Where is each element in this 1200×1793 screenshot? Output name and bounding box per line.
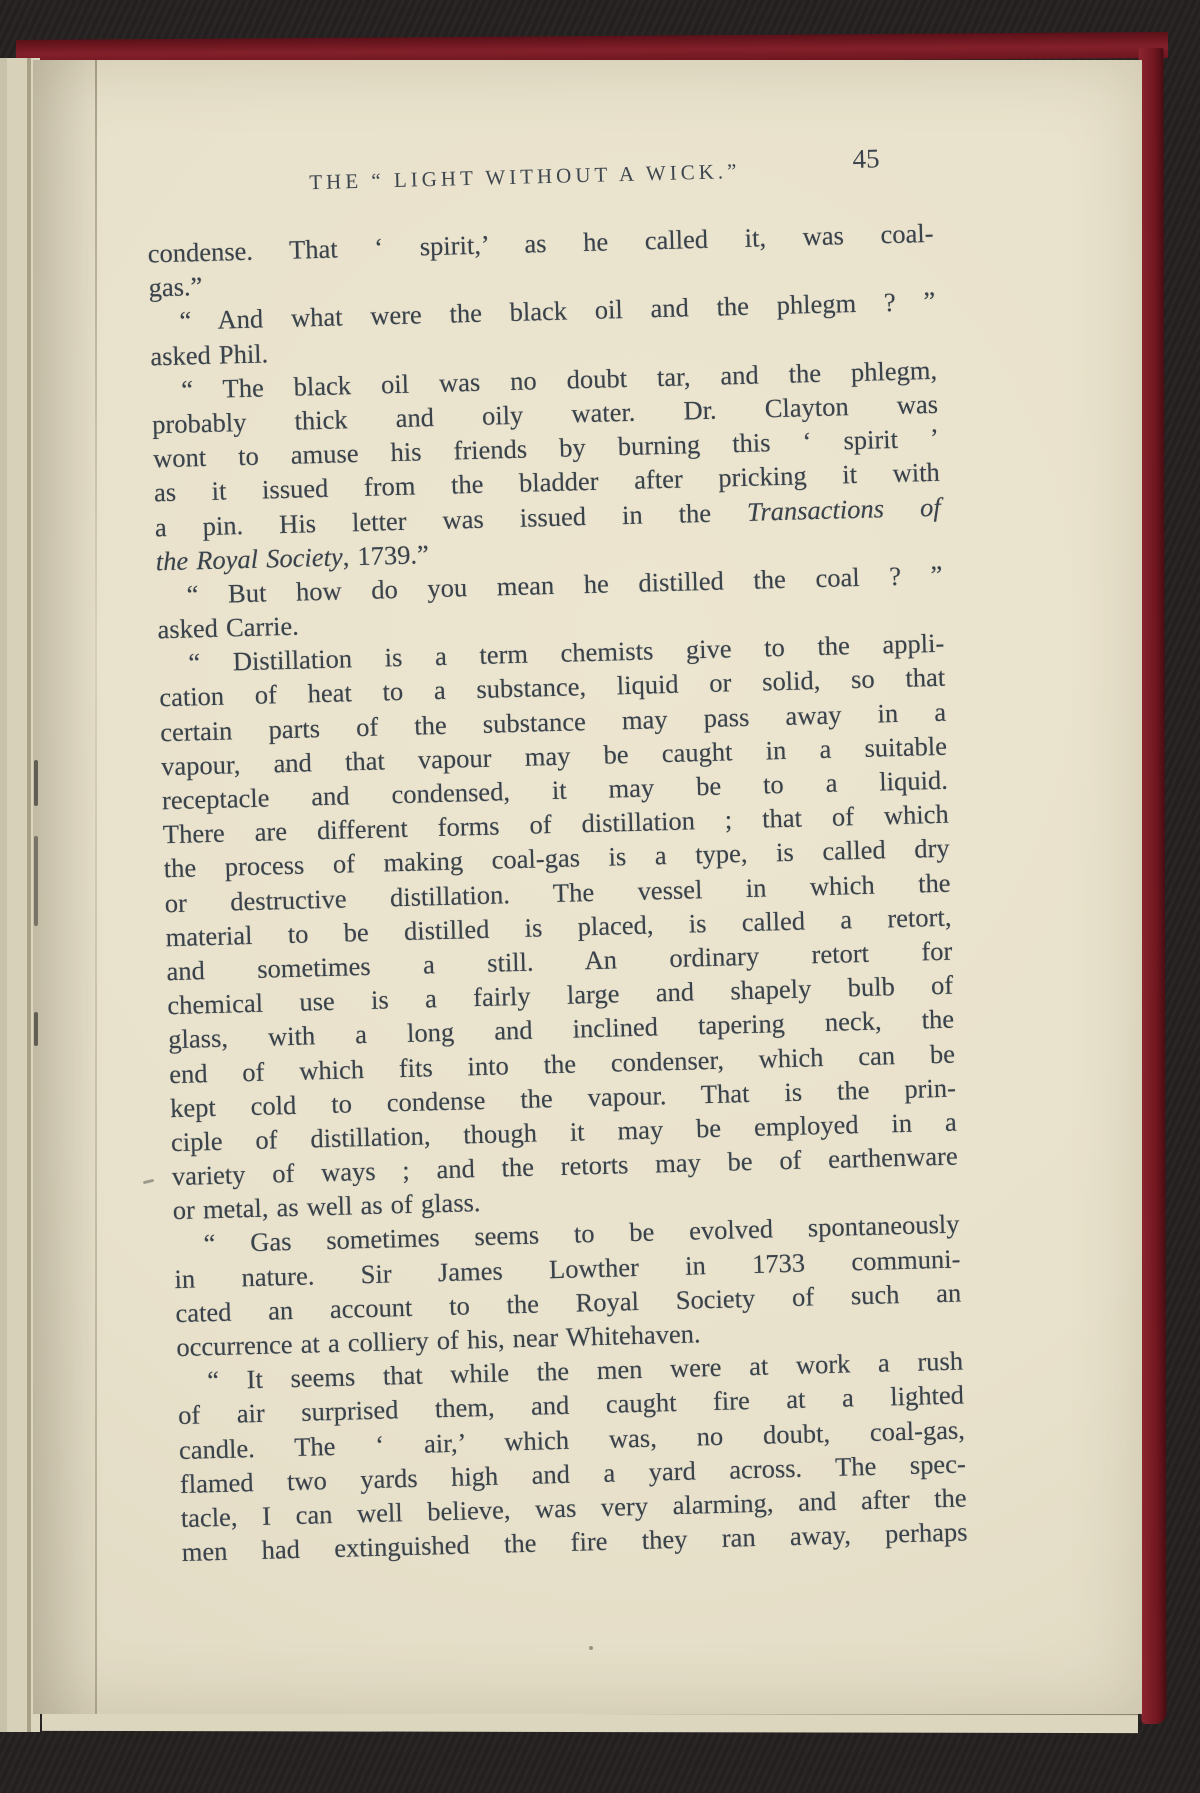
page-number: 45 bbox=[852, 143, 880, 175]
ink-smudge bbox=[34, 836, 38, 926]
margin-pencil-mark bbox=[143, 1179, 154, 1185]
page-fold-line bbox=[95, 60, 97, 1714]
ink-smudge bbox=[34, 760, 38, 806]
body-text: condense. That ‘ spirit,’ as he called i… bbox=[147, 216, 968, 1569]
paper-speck bbox=[589, 1646, 593, 1650]
page-bottom-edge bbox=[42, 1711, 1138, 1733]
running-title: THE “ LIGHT WITHOUT A WICK.” bbox=[146, 155, 904, 200]
photo-background: THE “ LIGHT WITHOUT A WICK.” 45 condense… bbox=[0, 0, 1200, 1793]
ink-smudge bbox=[34, 1012, 38, 1046]
page-content: THE “ LIGHT WITHOUT A WICK.” 45 condense… bbox=[145, 146, 967, 1569]
italic-text: the Royal Society bbox=[155, 541, 343, 576]
book-page: THE “ LIGHT WITHOUT A WICK.” 45 condense… bbox=[33, 60, 1142, 1714]
page-header: THE “ LIGHT WITHOUT A WICK.” 45 bbox=[145, 146, 932, 211]
gutter-shadow bbox=[33, 60, 95, 1714]
text-segment: , 1739.” bbox=[342, 539, 429, 571]
italic-text: Transactions of bbox=[747, 491, 941, 526]
book-cover-right-edge bbox=[1139, 48, 1167, 1724]
